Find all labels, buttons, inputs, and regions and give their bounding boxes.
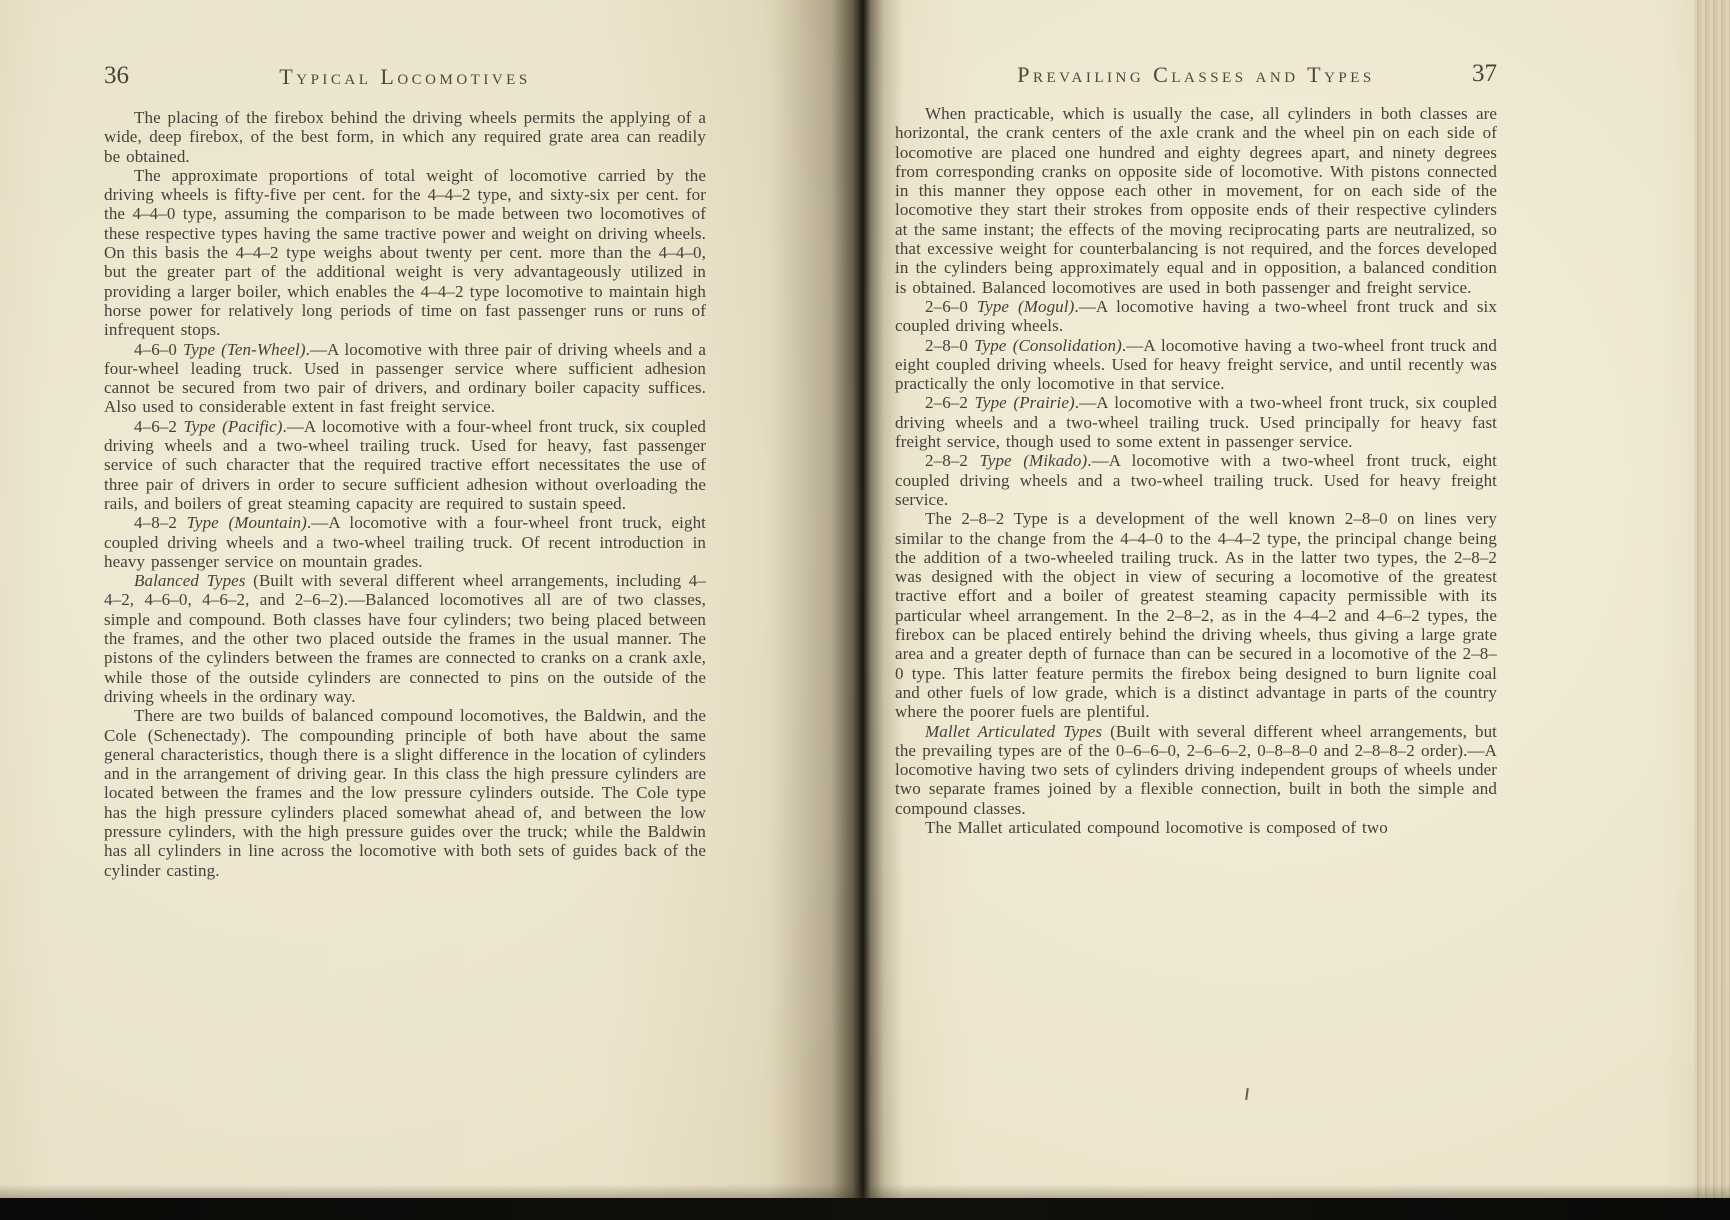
right-text-column: When practicable, which is usually the c… [895,104,1497,837]
book-spread: 36 Typical Locomotives Prevailing Classe… [0,0,1730,1220]
bottom-frame-edge [0,1198,1730,1220]
paragraph: When practicable, which is usually the c… [895,104,1497,297]
paragraph: Mallet Articulated Types (Built with sev… [895,722,1497,818]
paragraph: 4–8–2 Type (Mountain).—A locomotive with… [104,513,706,571]
paragraph: 2–6–0 Type (Mogul).—A locomotive having … [895,297,1497,336]
right-page-number: 37 [1400,60,1497,90]
left-running-head: Typical Locomotives [104,64,706,94]
paragraph: The 2–8–2 Type is a development of the w… [895,509,1497,721]
paragraph: 2–8–0 Type (Consolidation).—A locomotive… [895,336,1497,394]
paragraph: There are two builds of balanced compoun… [104,706,706,880]
paragraph: 4–6–0 Type (Ten-Wheel).—A locomotive wit… [104,340,706,417]
paragraph: The approximate proportions of total wei… [104,166,706,340]
paragraph: 4–6–2 Type (Pacific).—A locomotive with … [104,417,706,513]
paragraph: The placing of the firebox behind the dr… [104,108,706,166]
paragraph: 2–6–2 Type (Prairie).—A locomotive with … [895,393,1497,451]
paragraph: The Mallet articulated compound locomoti… [895,818,1497,837]
fore-edge-pages [1694,0,1730,1200]
paragraph: 2–8–2 Type (Mikado).—A locomotive with a… [895,451,1497,509]
left-text-column: The placing of the firebox behind the dr… [104,108,706,880]
paragraph: Balanced Types (Built with several diffe… [104,571,706,706]
